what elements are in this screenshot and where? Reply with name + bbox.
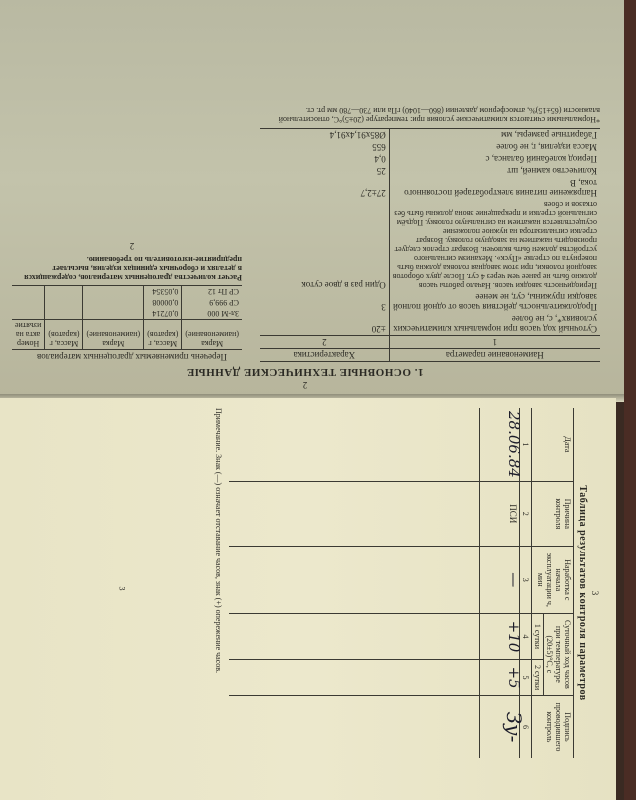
param-value: 27±2,7 (260, 177, 389, 199)
col-number: 1 (389, 336, 600, 349)
param-name: Периодичность заводки часов. Начало рабо… (389, 199, 600, 291)
empty-row-area (230, 408, 480, 758)
day2-rate: +5 (480, 660, 520, 696)
param-name: Суточный ход часов при нормальных климат… (389, 313, 600, 336)
col-number: 2 (520, 481, 532, 546)
control-results-table: Дата Причина контроля Наработка с начала… (230, 408, 575, 758)
col-header-value: Характеристика (260, 349, 389, 362)
param-name: Габаритные размеры, мм (389, 129, 600, 142)
col-header: Масса, г (каратов) (144, 320, 182, 350)
param-name: Продолжительность действия часов от одно… (389, 291, 600, 313)
table-row: Габаритные размеры, мм Ø85х91,4х91,4 (260, 129, 600, 142)
param-name: Период колебаний баланса, с (389, 153, 600, 165)
table-row: Количество камней, шт 25 (260, 165, 600, 177)
col-header-param: Наименование параметра (389, 349, 600, 362)
col-header: Номер акта на изъятие (12, 320, 45, 350)
param-name: Количество камней, шт (389, 165, 600, 177)
col-number: 2 (260, 336, 389, 349)
specs-table: Наименование параметра Характеристика 1 … (260, 128, 600, 362)
page-number: 2 (10, 380, 600, 390)
runtime-value: — (480, 546, 520, 613)
table-row: Напряжение питания электробатарей постоя… (260, 177, 600, 199)
table-row: СР Пт 12 0,05354 (12, 286, 242, 298)
page-3: 3 Таблица результатов контроля параметро… (0, 398, 616, 800)
param-value: 25 (260, 165, 389, 177)
section-title: 1. ОСНОВНЫЕ ТЕХНИЧЕСКИЕ ДАННЫЕ (10, 366, 600, 378)
param-value: Один раз в двое суток (260, 199, 389, 291)
material-mark: Зл-М 000 (182, 308, 242, 320)
material-mass: 0,00008 (144, 297, 182, 308)
col-subheader-day2: 2 сутки (532, 660, 544, 696)
table-row: 28.06.84 ПСИ — +10 +5 Зу- (480, 408, 520, 758)
bottom-page-number: 2 (22, 241, 242, 251)
book-cover-edge (624, 0, 636, 800)
table-row: Продолжительность действия часов от одно… (260, 291, 600, 313)
control-reason: ПСИ (480, 481, 520, 546)
col-header: Масса, г (каратов) (45, 320, 83, 350)
col-header-signature: Подпись проводившего контроль (532, 696, 574, 759)
table-row: СР 999,9 0,00008 (12, 297, 242, 308)
table-row: Суточный ход часов при нормальных климат… (260, 313, 600, 336)
material-mass: 0,05354 (144, 286, 182, 298)
param-value: ±20 (260, 313, 389, 336)
material-mark: СР 999,9 (182, 297, 242, 308)
param-value: Ø85х91,4х91,4 (260, 129, 389, 142)
table-row: Масса изделия, г, не более 655 (260, 141, 600, 153)
materials-note: Расчет количества драгоценных материалов… (22, 255, 242, 282)
col-subheader-day1: 1 сутки (532, 613, 544, 659)
col-header-runtime: Наработка с начала эксплуатации ч, мин (532, 546, 574, 613)
handwritten-signature: Зу- (480, 696, 520, 759)
col-header-daily-rate: Суточный ход часов при температуре (20±5… (544, 613, 574, 695)
col-header-date: Дата (532, 408, 574, 481)
table-row: Зл-М 000 0,07214 (12, 308, 242, 320)
param-name: Масса изделия, г, не более (389, 141, 600, 153)
page-3-content: 3 Таблица результатов контроля параметро… (180, 408, 600, 778)
material-mark: СР Пт 12 (182, 286, 242, 298)
table-row: Периодичность заводки часов. Начало рабо… (260, 199, 600, 291)
col-header: Марка (наименование) (182, 320, 242, 350)
materials-title: Перечень применяемых драгоценных материа… (22, 352, 242, 362)
material-mass: 0,07214 (144, 308, 182, 320)
table-row: Период колебаний баланса, с 0,4 (260, 153, 600, 165)
day1-rate: +10 (480, 613, 520, 659)
param-value: 655 (260, 141, 389, 153)
handwritten-date: 28.06.84 (480, 408, 520, 481)
materials-table: Марка (наименование) Масса, г (каратов) … (12, 285, 242, 350)
footnote: *Нормальными считаются климатические усл… (260, 106, 600, 124)
note: Примечание. Знак (—) означает отставание… (215, 408, 224, 758)
col-header: Марка (наименование) (83, 320, 144, 350)
page-2: 2 1. ОСНОВНЫЕ ТЕХНИЧЕСКИЕ ДАННЫЕ Наимено… (0, 0, 628, 398)
page-number: 3 (590, 408, 600, 778)
table-title: Таблица результатов контроля параметров (577, 408, 588, 778)
col-header-reason: Причина контроля (532, 481, 574, 546)
page-2-content: 2 1. ОСНОВНЫЕ ТЕХНИЧЕСКИЕ ДАННЫЕ Наимено… (10, 20, 600, 390)
param-name: Напряжение питания электробатарей постоя… (389, 177, 600, 199)
corner-page-number: 3 (118, 587, 127, 591)
param-value: 0,4 (260, 153, 389, 165)
param-value: 3 (260, 291, 389, 313)
